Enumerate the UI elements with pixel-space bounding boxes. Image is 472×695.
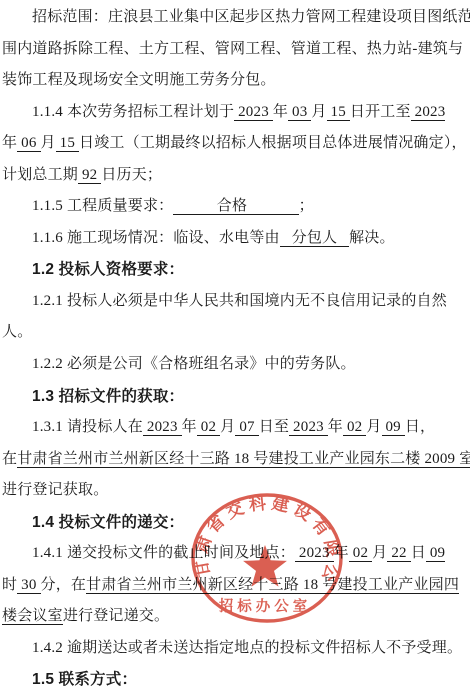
text-segment: 1.2.2 必须是公司《合格班组名录》中的劳务队。 bbox=[32, 356, 356, 372]
text-segment: 月 bbox=[311, 104, 326, 120]
text-segment: 年 bbox=[182, 419, 197, 435]
document-line: 计划总工期 92 日历天； bbox=[2, 160, 470, 192]
document-line: 1.1.5 工程质量要求： 合格 ； bbox=[2, 191, 470, 223]
document-line: 时 30 分，在甘肃省兰州市兰州新区经十三路 18 号建投工业产业园四 bbox=[2, 570, 470, 602]
filled-blank-value: 2023 bbox=[289, 419, 328, 436]
text-segment: 招标范围：庄浪县工业集中区起步区热力管网工程建设项目图纸范 bbox=[32, 9, 470, 25]
document-line: 1.4.1 递交投标文件的截止时间及地点： 2023 年 02 月 22 日 0… bbox=[2, 538, 470, 570]
text-segment: 年 bbox=[273, 104, 288, 120]
text-segment: 日竣工（工期最终以招标人根据项目总体进展情况确定）， bbox=[79, 135, 467, 151]
text-segment: 进行登记获取。 bbox=[2, 482, 108, 498]
section-heading-1-2: 1.2 投标人资格要求： bbox=[2, 254, 470, 286]
document-line: 1.1.4 本次劳务招标工程计划于 2023 年 03 月 15 日开工至 20… bbox=[2, 97, 470, 129]
text-segment: 1.5 联系方式： bbox=[32, 671, 137, 688]
section-heading-1-3: 1.3 招标文件的获取： bbox=[2, 381, 470, 413]
tender-document-page: 招标范围：庄浪县工业集中区起步区热力管网工程建设项目图纸范围内道路拆除工程、土方… bbox=[0, 0, 472, 695]
section-heading-1-5: 1.5 联系方式： bbox=[2, 664, 470, 695]
filled-blank-value: 02 bbox=[343, 419, 366, 436]
filled-blank-value: 甘肃省兰州市兰州新区经十三路 18 号建投工业产业园四 bbox=[86, 577, 459, 594]
filled-blank-value: 92 bbox=[78, 167, 101, 184]
filled-blank-value: 30 bbox=[17, 577, 40, 594]
document-line: 1.3.1 请投标人在 2023 年 02 月 07 日至 2023 年 02 … bbox=[2, 412, 470, 444]
filled-blank-value: 楼会议室 bbox=[2, 608, 63, 625]
text-segment: 装饰工程及现场安全文明施工劳务分包。 bbox=[2, 72, 276, 88]
filled-blank-value: 09 bbox=[382, 419, 405, 436]
filled-blank-value: 02 bbox=[197, 419, 220, 436]
filled-blank-value: 06 bbox=[17, 135, 40, 152]
document-line: 年 06 月 15 日竣工（工期最终以招标人根据项目总体进展情况确定）， bbox=[2, 128, 470, 160]
document-line: 围内道路拆除工程、土方工程、管网工程、管道工程、热力站-建筑与 bbox=[2, 34, 470, 66]
text-segment: 1.4.2 逾期送达或者未送达指定地点的投标文件招标人不予受理。 bbox=[32, 640, 462, 656]
filled-blank-value: 分包人 bbox=[280, 230, 349, 247]
filled-blank-value: 15 bbox=[56, 135, 79, 152]
filled-blank-value: 2023 bbox=[295, 545, 334, 562]
text-segment: 1.4 投标文件的递交： bbox=[32, 514, 184, 531]
text-segment: 分，在 bbox=[41, 577, 87, 593]
section-heading-1-4: 1.4 投标文件的递交： bbox=[2, 507, 470, 539]
text-segment: 1.3 招标文件的获取： bbox=[32, 388, 184, 405]
text-segment: 年 bbox=[334, 545, 349, 561]
text-segment: 月 bbox=[220, 419, 235, 435]
filled-blank-value: 07 bbox=[235, 419, 258, 436]
document-line: 在甘肃省兰州市兰州新区经十三路 18 号建投工业产业园东二楼 2009 室 bbox=[2, 444, 470, 476]
filled-blank-value: 15 bbox=[327, 104, 350, 121]
document-line: 1.1.6 施工现场情况：临设、水电等由 分包人 解决。 bbox=[2, 223, 470, 255]
filled-blank-value: 09 bbox=[426, 545, 445, 562]
filled-blank-value: 03 bbox=[288, 104, 311, 121]
text-segment: 1.2.1 投标人必须是中华人民共和国境内无不良信用记录的自然 bbox=[32, 293, 447, 309]
text-segment: 进行登记递交。 bbox=[63, 608, 169, 624]
text-segment: 日开工至 bbox=[350, 104, 411, 120]
text-segment: 日历天； bbox=[101, 167, 162, 183]
text-segment: 月 bbox=[41, 135, 56, 151]
text-segment: 年 bbox=[328, 419, 343, 435]
text-segment: 1.1.6 施工现场情况：临设、水电等由 bbox=[32, 230, 280, 246]
document-line: 1.4.2 逾期送达或者未送达指定地点的投标文件招标人不予受理。 bbox=[2, 633, 470, 665]
document-text-block: 招标范围：庄浪县工业集中区起步区热力管网工程建设项目图纸范围内道路拆除工程、土方… bbox=[0, 0, 472, 695]
text-segment: 时 bbox=[2, 577, 17, 593]
document-line: 招标范围：庄浪县工业集中区起步区热力管网工程建设项目图纸范 bbox=[2, 2, 470, 34]
text-segment: 1.1.4 本次劳务招标工程计划于 bbox=[32, 104, 234, 120]
document-line: 装饰工程及现场安全文明施工劳务分包。 bbox=[2, 65, 470, 97]
text-segment: 日至 bbox=[259, 419, 289, 435]
text-segment: 围内道路拆除工程、土方工程、管网工程、管道工程、热力站-建筑与 bbox=[2, 41, 463, 57]
filled-blank-value: 2023 bbox=[234, 104, 273, 121]
document-line: 人。 bbox=[2, 317, 470, 349]
filled-blank-value: 02 bbox=[349, 545, 372, 562]
filled-blank-value: 合格 bbox=[173, 198, 298, 215]
text-segment: 人。 bbox=[2, 324, 32, 340]
filled-blank-value: 甘肃省兰州市兰州新区经十三路 18 号建投工业产业园东二楼 2009 室 bbox=[17, 451, 470, 468]
text-segment: ； bbox=[299, 198, 314, 214]
filled-blank-value: 22 bbox=[387, 545, 410, 562]
text-segment: 月 bbox=[372, 545, 387, 561]
document-line: 1.2.2 必须是公司《合格班组名录》中的劳务队。 bbox=[2, 349, 470, 381]
filled-blank-value: 2023 bbox=[411, 104, 446, 121]
text-segment: 计划总工期 bbox=[2, 167, 78, 183]
text-segment: 日 bbox=[411, 545, 426, 561]
text-segment: 月 bbox=[366, 419, 381, 435]
document-line: 进行登记获取。 bbox=[2, 475, 470, 507]
filled-blank-value: 2023 bbox=[143, 419, 182, 436]
text-segment: 在 bbox=[2, 451, 17, 467]
text-segment: 1.1.5 工程质量要求： bbox=[32, 198, 173, 214]
text-segment: 1.3.1 请投标人在 bbox=[32, 419, 143, 435]
text-segment: 1.4.1 递交投标文件的截止时间及地点： bbox=[32, 545, 295, 561]
text-segment: 年 bbox=[2, 135, 17, 151]
text-segment: 1.2 投标人资格要求： bbox=[32, 261, 184, 278]
text-segment: 日， bbox=[405, 419, 435, 435]
document-line: 楼会议室进行登记递交。 bbox=[2, 601, 470, 633]
document-line: 1.2.1 投标人必须是中华人民共和国境内无不良信用记录的自然 bbox=[2, 286, 470, 318]
text-segment: 解决。 bbox=[349, 230, 395, 246]
